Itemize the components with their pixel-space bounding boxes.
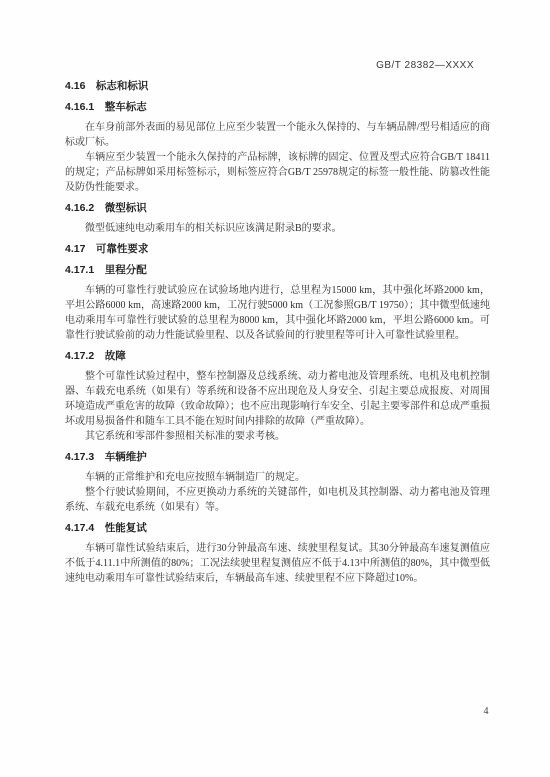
section-4-17-4: 4.17.4 性能复试 车辆可靠性试验结束后，进行30分钟最高车速、续驶里程复试… [65,521,490,586]
heading-4-17-1: 4.17.1 里程分配 [65,263,490,278]
page-number: 4 [478,706,494,717]
heading-4-17-4: 4.17.4 性能复试 [65,521,490,536]
section-4-17-3: 4.17.3 车辆维护 车辆的正常维护和充电应按照车辆制造厂的规定。 整个行驶试… [65,450,490,515]
heading-4-17: 4.17 可靠性要求 [65,242,490,257]
heading-4-16-2: 4.16.2 微型标识 [65,201,490,216]
heading-4-17-3: 4.17.3 车辆维护 [65,450,490,465]
paragraph-4-17-1-a: 车辆的可靠性行驶试验应在试验场地内进行，总里程为15000 km，其中强化坏路2… [65,283,490,343]
section-4-17-1: 4.17.1 里程分配 车辆的可靠性行驶试验应在试验场地内进行，总里程为1500… [65,263,490,343]
section-4-16-1: 4.16.1 整车标志 在车身前部外表面的易见部位上应至少装置一个能永久保持的、… [65,100,490,195]
heading-4-16-1: 4.16.1 整车标志 [65,100,490,115]
section-4-16: 4.16 标志和标识 4.16.1 整车标志 在车身前部外表面的易见部位上应至少… [65,79,490,236]
section-4-17-2: 4.17.2 故障 整个可靠性试验过程中，整车控制器及总线系统、动力蓄电池及管理… [65,349,490,444]
paragraph-4-17-2-a: 整个可靠性试验过程中，整车控制器及总线系统、动力蓄电池及管理系统、电机及电机控制… [65,369,490,429]
paragraph-4-17-3-a: 车辆的正常维护和充电应按照车辆制造厂的规定。 [65,470,490,485]
paragraph-4-16-1-b: 车辆应至少装置一个能永久保持的产品标牌，该标牌的固定、位置及型式应符合GB/T … [65,150,490,195]
paragraph-4-17-4-a: 车辆可靠性试验结束后，进行30分钟最高车速、续驶里程复试。其30分钟最高车速复测… [65,541,490,586]
heading-4-17-2: 4.17.2 故障 [65,349,490,364]
heading-4-16: 4.16 标志和标识 [65,79,490,94]
paragraph-4-17-3-b: 整个行驶试验期间，不应更换动力系统的关键部件，如电机及其控制器、动力蓄电池及管理… [65,485,490,515]
paragraph-4-16-1-a: 在车身前部外表面的易见部位上应至少装置一个能永久保持的、与车辆品牌/型号相适应的… [65,120,490,150]
paragraph-4-16-2-a: 微型低速纯电动乘用车的相关标识应该满足附录B的要求。 [65,221,490,236]
paragraph-4-17-2-b: 其它系统和零部件参照相关标准的要求考核。 [65,429,490,444]
document-page: GB/T 28382—XXXX 4.16 标志和标识 4.16.1 整车标志 在… [0,0,550,777]
doc-number: GB/T 28382—XXXX [65,58,490,73]
section-4-17: 4.17 可靠性要求 4.17.1 里程分配 车辆的可靠性行驶试验应在试验场地内… [65,242,490,586]
section-4-16-2: 4.16.2 微型标识 微型低速纯电动乘用车的相关标识应该满足附录B的要求。 [65,201,490,236]
